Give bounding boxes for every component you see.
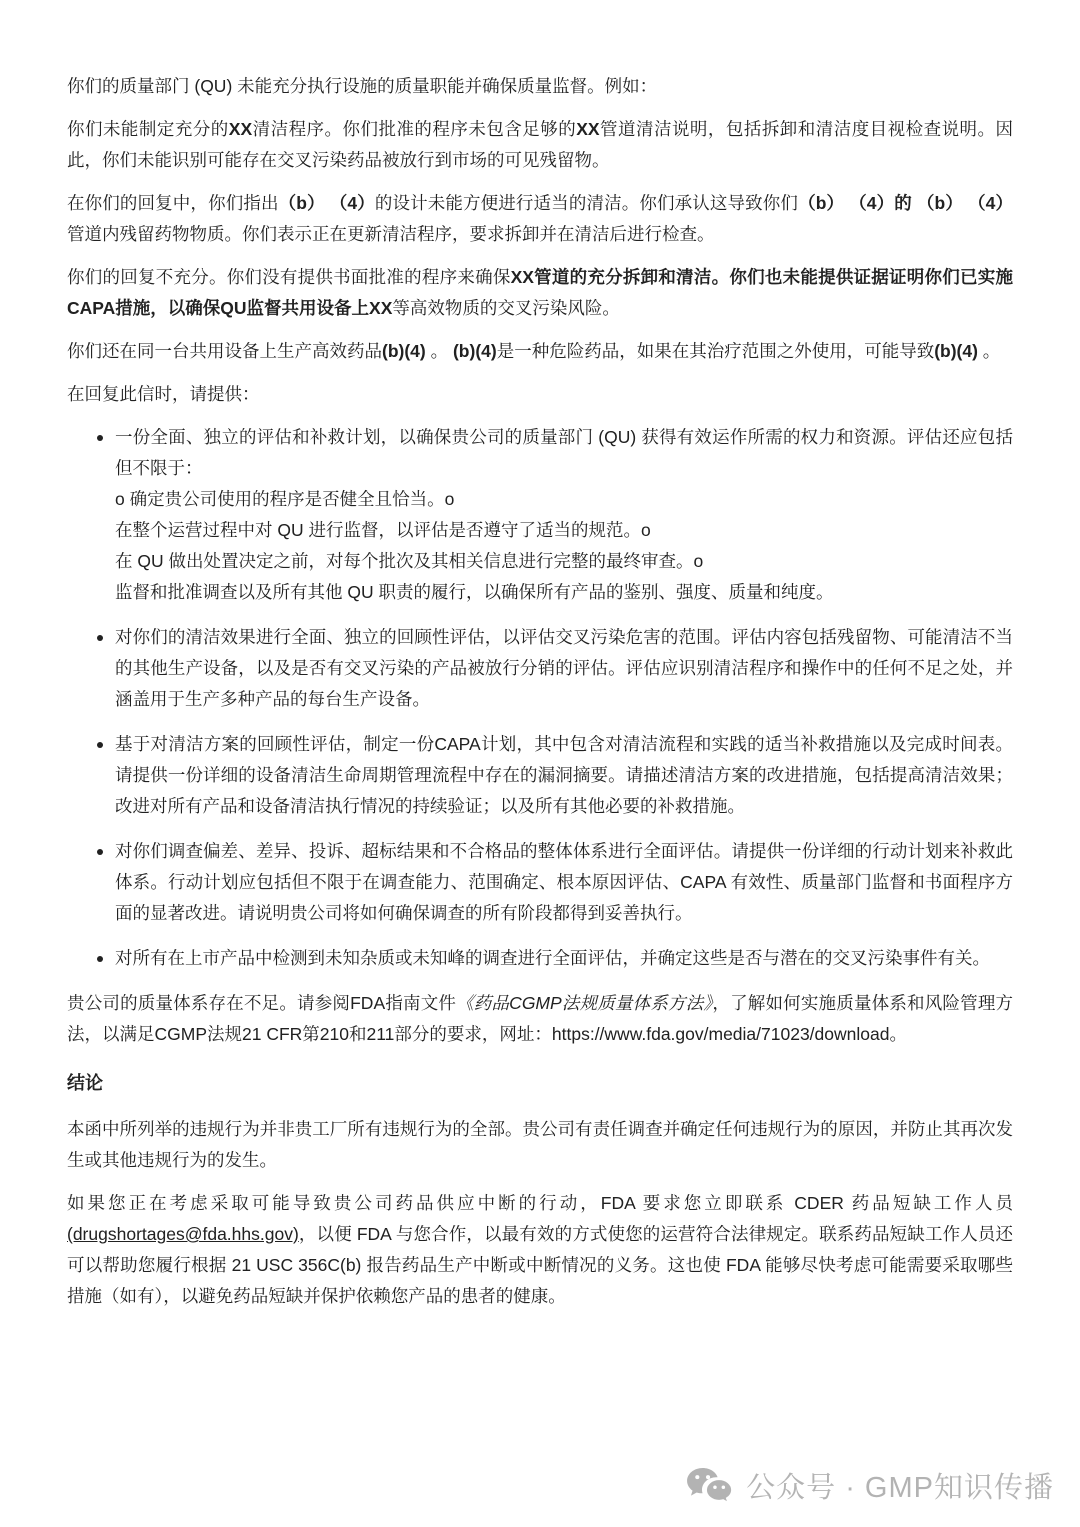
document-body: 你们的质量部门 (QU) 未能充分执行设施的质量职能并确保质量监督。例如：你们未… <box>0 0 1080 1312</box>
text-run: 清洁程序。你们批准的程序未包含足够的 <box>252 119 576 139</box>
text-run: 本函中所列举的违规行为并非贵工厂所有违规行为的全部。贵公司有责任调查并确定任何违… <box>67 1119 1013 1170</box>
paragraph: 贵公司的质量体系存在不足。请参阅FDA指南文件《药品CGMP法规质量体系方法》，… <box>67 988 1013 1050</box>
paragraph: 你们还在同一台共用设备上生产高效药品(b)(4) 。 (b)(4)是一种危险药品… <box>67 336 1013 367</box>
text-run: 在你们的回复中，你们指出 <box>67 193 279 213</box>
text-run: 基于对清洁方案的回顾性评估，制定一份CAPA计划，其中包含对清洁流程和实践的适当… <box>115 734 1013 816</box>
paragraph: 你们的质量部门 (QU) 未能充分执行设施的质量职能并确保质量监督。例如： <box>67 71 1013 102</box>
text-run: XX <box>576 119 599 139</box>
text-run: 在回复此信时，请提供： <box>67 384 260 404</box>
paragraph: 在你们的回复中，你们指出（b） （4）的设计未能方便进行适当的清洁。你们承认这导… <box>67 188 1013 250</box>
bullet-icon <box>97 849 103 855</box>
text-run: 对你们的清洁效果进行全面、独立的回顾性评估，以评估交叉污染危害的范围。评估内容包… <box>115 627 1013 709</box>
text-run: 管道内残留药物物质。你们表示正在更新清洁程序，要求拆卸并在清洁后进行检查。 <box>67 224 715 244</box>
paragraph: 在回复此信时，请提供： <box>67 379 1013 410</box>
text-run: 如果您正在考虑采取可能导致贵公司药品供应中断的行动，FDA 要求您立即联系 CD… <box>67 1193 1013 1213</box>
paragraph: 如果您正在考虑采取可能导致贵公司药品供应中断的行动，FDA 要求您立即联系 CD… <box>67 1188 1013 1312</box>
text-run: XX <box>229 119 252 139</box>
watermark-text: 公众号 · GMP知识传播 <box>746 1465 1054 1506</box>
text-run: (b)(4) <box>382 341 426 361</box>
paragraph: 你们的回复不充分。你们没有提供书面批准的程序来确保XX管道的充分拆卸和清洁。你们… <box>67 262 1013 324</box>
bullet-icon <box>97 956 103 962</box>
text-run: 对所有在上市产品中检测到未知杂质或未知峰的调查进行全面评估，并确定这些是否与潜在… <box>115 948 990 968</box>
text-run: 贵公司的质量体系存在不足。请参阅FDA指南文件 <box>67 993 456 1013</box>
text-run: (b)(4) <box>934 341 978 361</box>
text-run: 等高效物质的交叉污染风险。 <box>392 298 620 318</box>
bullet-item: 对你们的清洁效果进行全面、独立的回顾性评估，以评估交叉污染危害的范围。评估内容包… <box>67 622 1013 715</box>
text-run: 你们的回复不充分。你们没有提供书面批准的程序来确保 <box>67 267 511 287</box>
text-run: 的设计未能方便进行适当的清洁。你们承认这导致你们 <box>375 193 798 213</box>
bullet-item: 对所有在上市产品中检测到未知杂质或未知峰的调查进行全面评估，并确定这些是否与潜在… <box>67 943 1013 974</box>
text-run: 你们还在同一台共用设备上生产高效药品 <box>67 341 382 361</box>
document-page: 你们的质量部门 (QU) 未能充分执行设施的质量职能并确保质量监督。例如：你们未… <box>0 0 1080 1527</box>
wechat-icon <box>686 1466 733 1505</box>
watermark: 公众号 · GMP知识传播 <box>686 1465 1054 1506</box>
paragraph: 本函中所列举的违规行为并非贵工厂所有违规行为的全部。贵公司有责任调查并确定任何违… <box>67 1114 1013 1176</box>
text-run: (b)(4) <box>453 341 497 361</box>
paragraph: 你们未能制定充分的XX清洁程序。你们批准的程序未包含足够的XX管道清洁说明，包括… <box>67 114 1013 176</box>
text-run: （b） （4）的 （b） （4） <box>798 193 1013 213</box>
text-run: 你们的质量部门 (QU) 未能充分执行设施的质量职能并确保质量监督。例如： <box>67 76 657 96</box>
text-run: 。 <box>978 341 1000 361</box>
text-run: 结论 <box>67 1073 103 1093</box>
text-run: （b） （4） <box>279 193 375 213</box>
email-link[interactable]: (drugshortages@fda.hhs.gov) <box>67 1224 299 1244</box>
bullet-item: 对你们调查偏差、差异、投诉、超标结果和不合格品的整体体系进行全面评估。请提供一份… <box>67 836 1013 929</box>
text-run: 对你们调查偏差、差异、投诉、超标结果和不合格品的整体体系进行全面评估。请提供一份… <box>115 841 1013 923</box>
bullet-icon <box>97 435 103 441</box>
text-run: 。 <box>426 341 453 361</box>
bullet-item: 基于对清洁方案的回顾性评估，制定一份CAPA计划，其中包含对清洁流程和实践的适当… <box>67 729 1013 822</box>
bullet-icon <box>97 742 103 748</box>
text-run: 《药品CGMP法规质量体系方法》 <box>456 993 712 1013</box>
bullet-icon <box>97 635 103 641</box>
bullet-item: 一份全面、独立的评估和补救计划，以确保贵公司的质量部门 (QU) 获得有效运作所… <box>67 422 1013 608</box>
text-run: 一份全面、独立的评估和补救计划，以确保贵公司的质量部门 (QU) 获得有效运作所… <box>115 427 1013 602</box>
text-run: 你们未能制定充分的 <box>67 119 229 139</box>
section-heading: 结论 <box>67 1068 1013 1099</box>
text-run: 是一种危险药品，如果在其治疗范围之外使用，可能导致 <box>497 341 935 361</box>
